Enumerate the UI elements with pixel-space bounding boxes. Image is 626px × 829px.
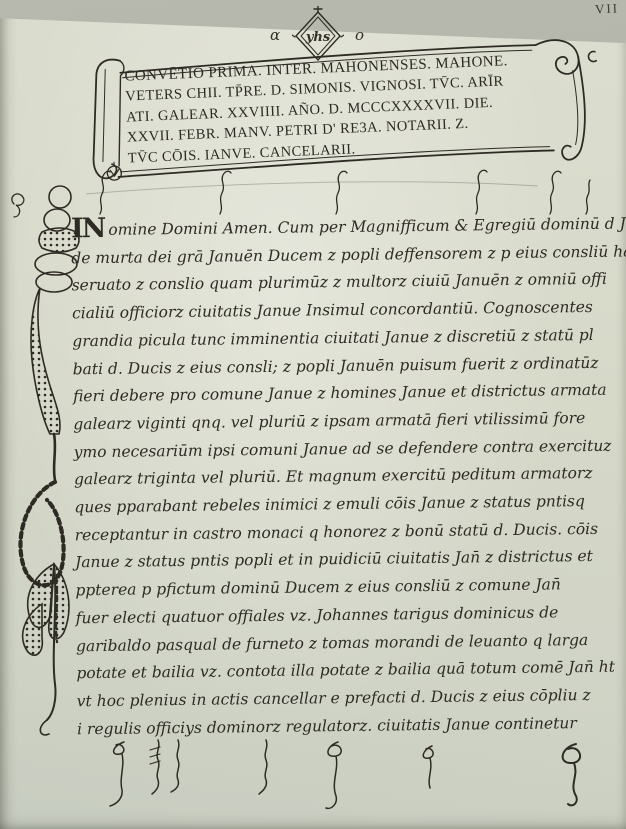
illuminated-initial: IN bbox=[71, 213, 105, 244]
folio-number: VII bbox=[595, 0, 620, 17]
margin-c-mark-icon bbox=[588, 51, 596, 61]
margin-3-mark-icon bbox=[12, 194, 24, 217]
manuscript-photo: VII α yhs o bbox=[0, 0, 626, 829]
manuscript-line-text: omine Domini Amen. Cum per Magnifficum &… bbox=[108, 214, 626, 239]
alpha-letter: α bbox=[270, 26, 280, 44]
bottom-flourishes bbox=[80, 738, 614, 823]
scroll-banner: CONVĒTIO PRIMA. INTER. MAHONENSES. MAHON… bbox=[73, 29, 606, 188]
scroll-title: CONVĒTIO PRIMA. INTER. MAHONENSES. MAHON… bbox=[124, 50, 548, 169]
manuscript-body: INomine Domini Amen. Cum per Magnifficum… bbox=[71, 207, 621, 744]
